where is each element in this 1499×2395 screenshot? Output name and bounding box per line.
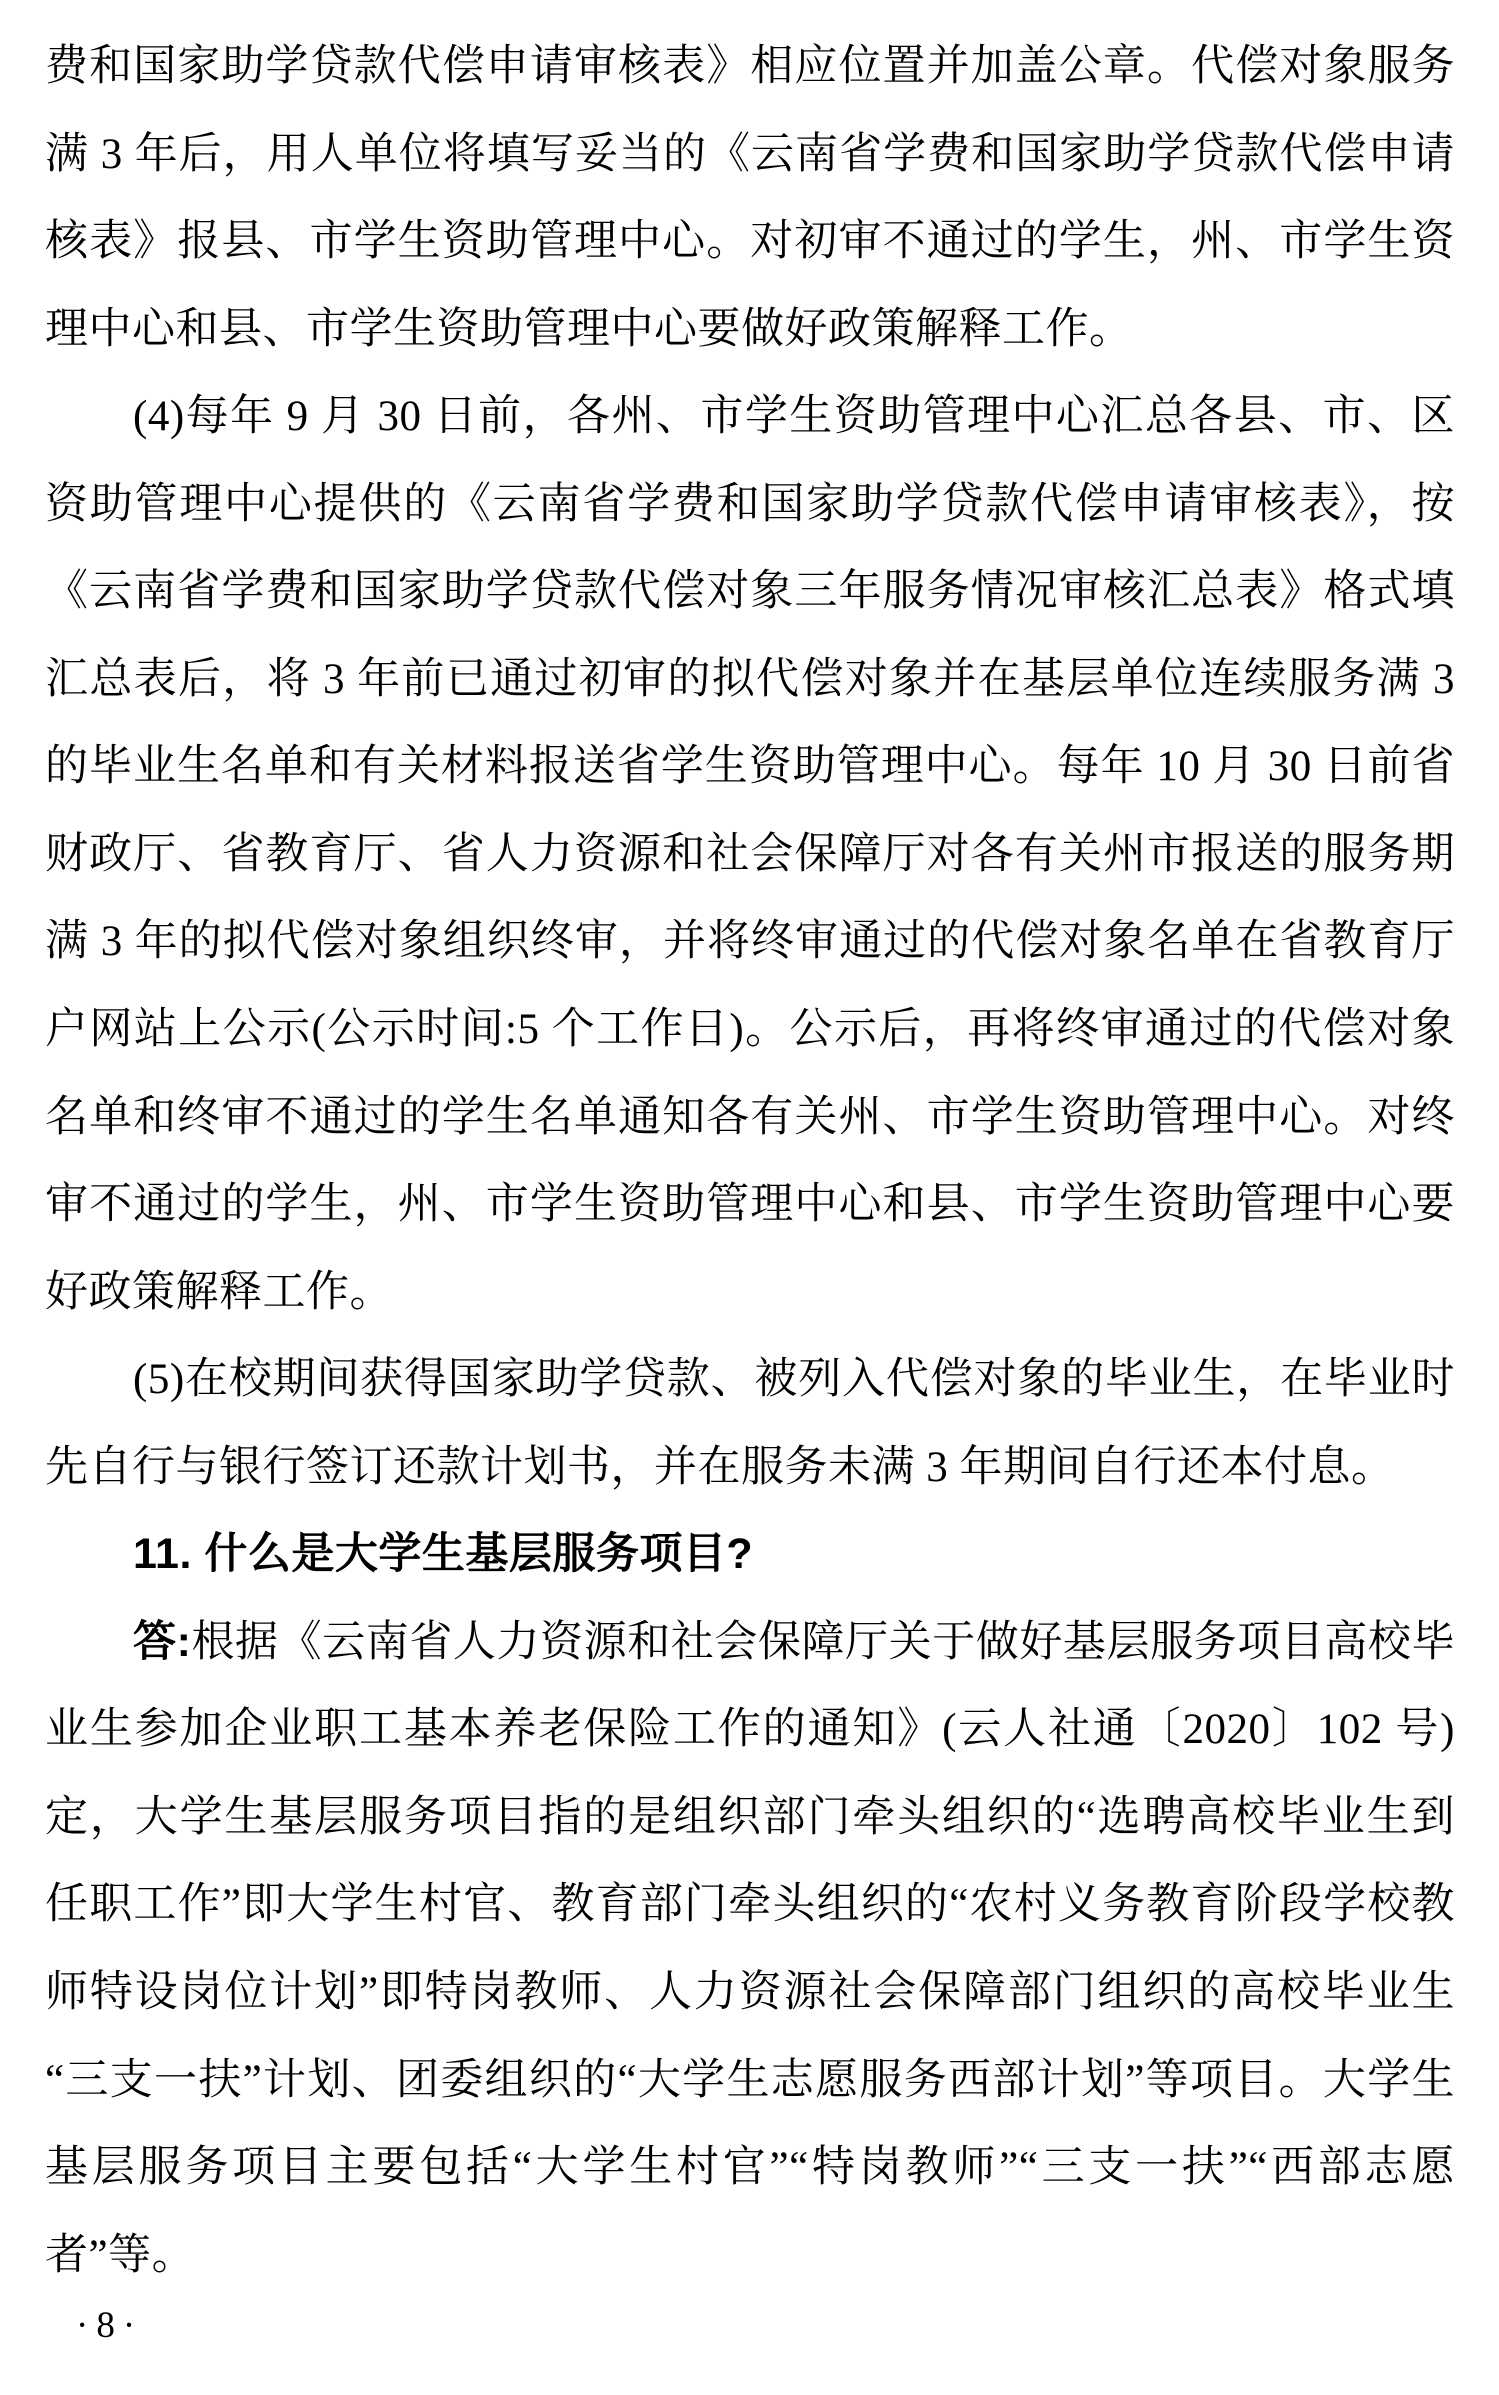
paragraph-line: 好政策解释工作。 [45, 1249, 1455, 1337]
answer-label: 答: [133, 1618, 191, 1666]
paragraph-line: 户网站上公示(公示时间:5 个工作日)。公示后，再将终审通过的代偿对象 [45, 986, 1455, 1074]
document-page: { "doc": { "lines": [ {"t": "费和国家助学贷款代偿申… [0, 0, 1499, 2395]
answer-line: 答:根据《云南省人力资源和社会保障厅关于做好基层服务项目高校毕 [45, 1599, 1455, 1687]
page-number: ·8· [76, 2296, 143, 2356]
answer-text: 根据《云南省人力资源和社会保障厅关于做好基层服务项目高校毕 [191, 1619, 1455, 1666]
paragraph-line: 审不通过的学生，州、市学生资助管理中心和县、市学生资助管理中心要做 [45, 1161, 1455, 1249]
paragraph-line: 资助管理中心提供的《云南省学费和国家助学贷款代偿申请审核表》，按照 [45, 461, 1455, 549]
paragraph-line: 任职工作”即大学生村官、教育部门牵头组织的“农村义务教育阶段学校教 [45, 1861, 1455, 1949]
paragraph-line: 基层服务项目主要包括“大学生村官”“特岗教师”“三支一扶”“西部志愿 [45, 2124, 1455, 2212]
paragraph-line: 满 3 年的拟代偿对象组织终审，并将终审通过的代偿对象名单在省教育厅门 [45, 898, 1455, 986]
text-block: 费和国家助学贷款代偿申请审核表》相应位置并加盖公章。代偿对象服务 满 3 年后，… [45, 0, 1455, 2299]
question-heading: 11. 什么是大学生基层服务项目? [45, 1511, 1455, 1599]
paragraph-line: 理中心和县、市学生资助管理中心要做好政策解释工作。 [45, 286, 1455, 374]
paragraph-line: 的毕业生名单和有关材料报送省学生资助管理中心。每年 10 月 30 日前省 [45, 723, 1455, 811]
paragraph-line: 《云南省学费和国家助学贷款代偿对象三年服务情况审核汇总表》格式填写 [45, 548, 1455, 636]
paragraph-line: 费和国家助学贷款代偿申请审核表》相应位置并加盖公章。代偿对象服务 [45, 23, 1455, 111]
paragraph-line: 财政厅、省教育厅、省人力资源和社会保障厅对各有关州市报送的服务期已 [45, 811, 1455, 899]
paragraph-line: 师特设岗位计划”即特岗教师、人力资源社会保障部门组织的高校毕业生 [45, 1949, 1455, 2037]
paragraph-line: 汇总表后，将 3 年前已通过初审的拟代偿对象并在基层单位连续服务满 3 年 [45, 636, 1455, 724]
paragraph-line: 先自行与银行签订还款计划书，并在服务未满 3 年期间自行还本付息。 [45, 1424, 1455, 1512]
paragraph-line: (4)每年 9 月 30 日前，各州、市学生资助管理中心汇总各县、市、区学生 [45, 373, 1455, 461]
paragraph-line: 满 3 年后，用人单位将填写妥当的《云南省学费和国家助学贷款代偿申请审 [45, 111, 1455, 199]
paragraph-line: 定，大学生基层服务项目指的是组织部门牵头组织的“选聘高校毕业生到村 [45, 1774, 1455, 1862]
paragraph-line: 者”等。 [45, 2212, 1455, 2300]
paragraph-line: 核表》报县、市学生资助管理中心。对初审不通过的学生，州、市学生资助管 [45, 198, 1455, 286]
paragraph-line: “三支一扶”计划、团委组织的“大学生志愿服务西部计划”等项目。大学生 [45, 2037, 1455, 2125]
paragraph-line: (5)在校期间获得国家助学贷款、被列入代偿对象的毕业生，在毕业时 [45, 1336, 1455, 1424]
paragraph-line: 名单和终审不通过的学生名单通知各有关州、市学生资助管理中心。对终 [45, 1074, 1455, 1162]
paragraph-line: 业生参加企业职工基本养老保险工作的通知》(云人社通〔2020〕102 号)规 [45, 1686, 1455, 1774]
